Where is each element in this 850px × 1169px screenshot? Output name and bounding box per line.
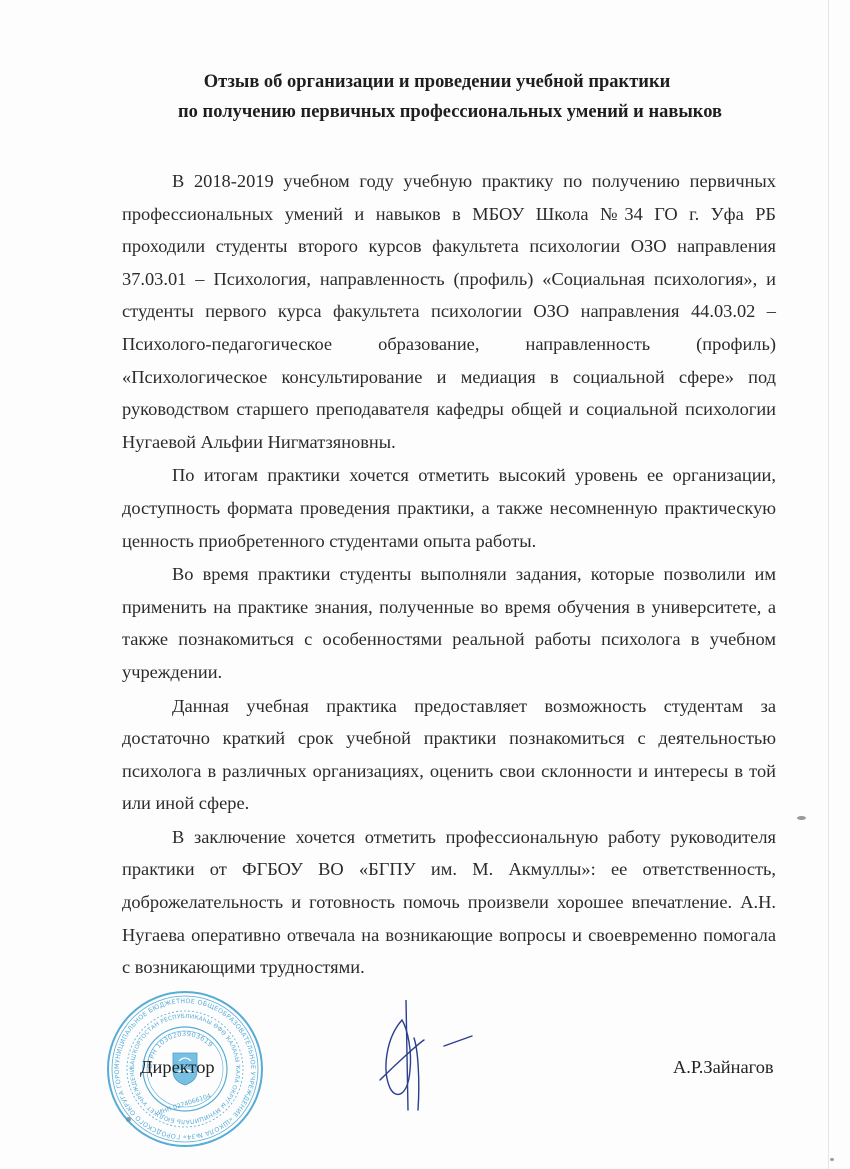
document-title-line-1: Отзыв об организации и проведении учебно… [12, 72, 850, 93]
paragraph-tasks: Во время практики студенты выполняли зад… [122, 558, 776, 688]
signatory-name: А.Р.Зайнагов [673, 1057, 774, 1078]
paragraph-intro: В 2018-2019 учебном году учебную практик… [122, 165, 776, 458]
document-body: В 2018-2019 учебном году учебную практик… [122, 165, 776, 984]
paragraph-opportunity: Данная учебная практика предоставляет во… [122, 690, 776, 820]
signature-row: Директор А.Р.Зайнагов [0, 1055, 850, 1085]
document-title-line-2: по получению первичных профессиональных … [25, 102, 850, 123]
document-page: Отзыв об организации и проведении учебно… [0, 0, 850, 1169]
scan-speck [830, 1158, 834, 1161]
scan-edge-line [828, 0, 829, 1169]
svg-text:ИНН 0274066104: ИНН 0274066104 [157, 1093, 212, 1117]
scan-speck [797, 816, 806, 820]
signatory-role: Директор [140, 1057, 215, 1078]
paragraph-results: По итогам практики хочется отметить высо… [122, 459, 776, 557]
paragraph-conclusion: В заключение хочется отметить профессион… [122, 821, 776, 984]
